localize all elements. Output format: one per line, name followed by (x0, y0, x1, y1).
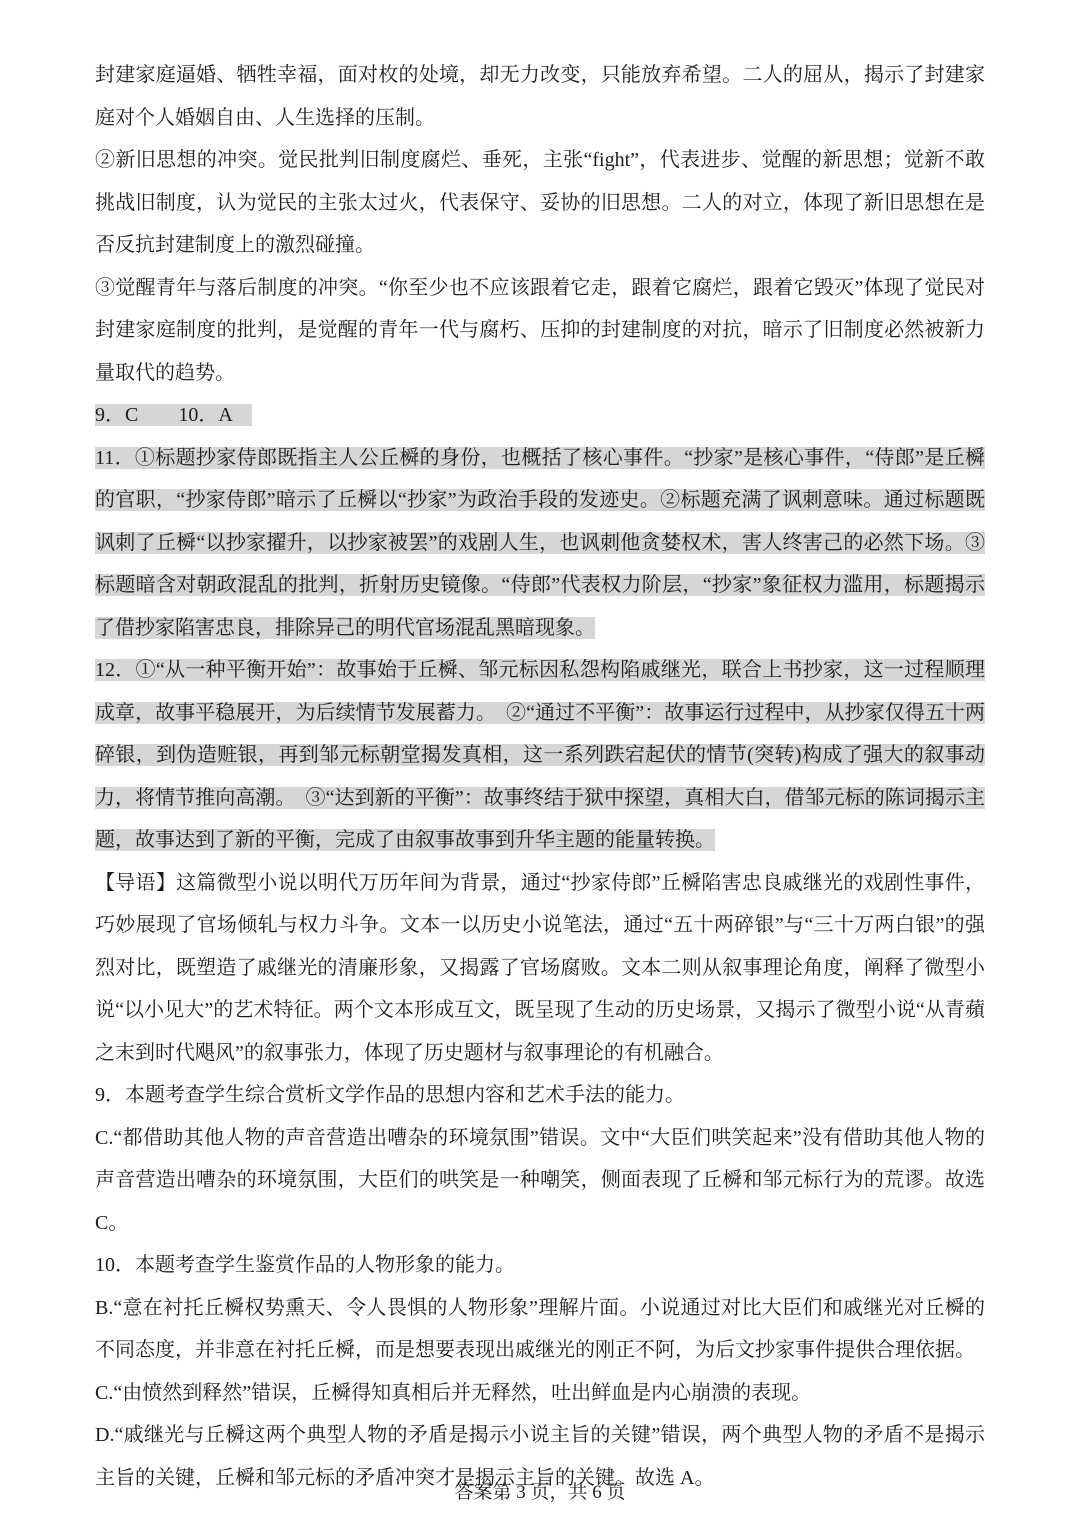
paragraph-text: ③觉醒青年与落后制度的冲突。“你至少也不应该跟着它走，跟着它腐烂，跟着它毁灭”体… (95, 277, 985, 384)
paragraph-text: ②新旧思想的冲突。觉民批判旧制度腐烂、垂死，主张“fight”，代表进步、觉醒的… (95, 149, 985, 256)
paragraph-text: D.“戚继光与丘橓这两个典型人物的矛盾是揭示小说主旨的关键”错误，两个典型人物的… (95, 1424, 985, 1489)
paragraph: C.“由愤然到释然”错误，丘橓得知真相后并无释然，吐出鲜血是内心崩溃的表现。 (95, 1372, 985, 1415)
answer-text-body: 封建家庭逼婚、牺牲幸福，面对枚的处境，却无力改变，只能放弃希望。二人的屈从，揭示… (95, 54, 985, 1499)
paragraph: B.“意在衬托丘橓权势熏天、令人畏惧的人物形象”理解片面。小说通过对比大臣们和戚… (95, 1287, 985, 1372)
paragraph-text: 10．本题考查学生鉴赏作品的人物形象的能力。 (95, 1254, 515, 1276)
paragraph-text: 9．本题考查学生综合赏析文学作品的思想内容和艺术手法的能力。 (95, 1084, 685, 1106)
paragraph: 12．①“从一种平衡开始”：故事始于丘橓、邹元标因私怨构陷戚继光，联合上书抄家，… (95, 649, 985, 862)
paragraph-text: 封建家庭逼婚、牺牲幸福，面对枚的处境，却无力改变，只能放弃希望。二人的屈从，揭示… (95, 64, 985, 129)
paragraph-text: 【导语】这篇微型小说以明代万历年间为背景，通过“抄家侍郎”丘橓陷害忠良戚继光的戏… (95, 872, 985, 1064)
paragraph: ③觉醒青年与落后制度的冲突。“你至少也不应该跟着它走，跟着它腐烂，跟着它毁灭”体… (95, 267, 985, 395)
paragraph: 9．本题考查学生综合赏析文学作品的思想内容和艺术手法的能力。 (95, 1074, 985, 1117)
page-footer: 答案第 3 页，共 6 页 (0, 1481, 1080, 1505)
paragraph: ②新旧思想的冲突。觉民批判旧制度腐烂、垂死，主张“fight”，代表进步、觉醒的… (95, 139, 985, 267)
paragraph-text: B.“意在衬托丘橓权势熏天、令人畏惧的人物形象”理解片面。小说通过对比大臣们和戚… (95, 1297, 985, 1362)
paragraph: 10．本题考查学生鉴赏作品的人物形象的能力。 (95, 1244, 985, 1287)
paragraph: 【导语】这篇微型小说以明代万历年间为背景，通过“抄家侍郎”丘橓陷害忠良戚继光的戏… (95, 862, 985, 1075)
paragraph-text: C.“由愤然到释然”错误，丘橓得知真相后并无释然，吐出鲜血是内心崩溃的表现。 (95, 1382, 811, 1404)
paragraph: 11．①标题抄家侍郎既指主人公丘橓的身份，也概括了核心事件。“抄家”是核心事件，… (95, 437, 985, 650)
paragraph-text: C.“都借助其他人物的声音营造出嘈杂的环境氛围”错误。文中“大臣们哄笑起来”没有… (95, 1127, 985, 1234)
highlighted-paragraph-text: 11．①标题抄家侍郎既指主人公丘橓的身份，也概括了核心事件。“抄家”是核心事件，… (95, 447, 985, 639)
paragraph: 封建家庭逼婚、牺牲幸福，面对枚的处境，却无力改变，只能放弃希望。二人的屈从，揭示… (95, 54, 985, 139)
answer-sheet-page: 封建家庭逼婚、牺牲幸福，面对枚的处境，却无力改变，只能放弃希望。二人的屈从，揭示… (0, 0, 1080, 1527)
paragraph: 9．C 10．A (95, 394, 985, 437)
paragraph: C.“都借助其他人物的声音营造出嘈杂的环境氛围”错误。文中“大臣们哄笑起来”没有… (95, 1117, 985, 1245)
highlighted-paragraph-text: 12．①“从一种平衡开始”：故事始于丘橓、邹元标因私怨构陷戚继光，联合上书抄家，… (95, 659, 985, 851)
highlighted-paragraph-text: 9．C 10．A (95, 404, 252, 426)
